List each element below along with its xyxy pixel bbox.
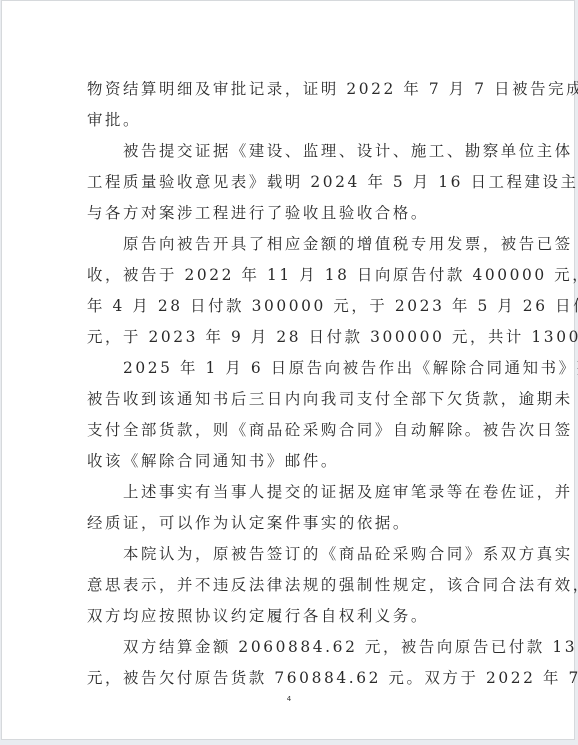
- paragraph-court-opinion: 本院认为，原被告签订的《商品砼采购合同》系双方真实 意思表示，并不违反法律法规的…: [87, 539, 492, 632]
- text-line: 元，于 2023 年 9 月 28 日付款 300000 元，共计 130000…: [87, 322, 492, 353]
- paragraph-facts-evidence: 上述事实有当事人提交的证据及庭审笔录等在卷佐证，并 经质证，可以作为认定案件事实…: [87, 477, 492, 539]
- text-line: 收该《解除合同通知书》邮件。: [87, 446, 492, 477]
- paragraph-acceptance-evidence: 被告提交证据《建设、监理、设计、施工、勘察单位主体 工程质量验收意见表》载明 2…: [87, 136, 492, 229]
- paragraph-termination-notice: 2025 年 1 月 6 日原告向被告作出《解除合同通知书》要求 被告收到该通知…: [87, 353, 492, 477]
- text-line: 审批。: [87, 105, 492, 136]
- text-line: 上述事实有当事人提交的证据及庭审笔录等在卷佐证，并: [87, 477, 492, 508]
- text-line: 元，被告欠付原告货款 760884.62 元。双方于 2022 年 7 月 7: [87, 663, 492, 694]
- text-line: 2025 年 1 月 6 日原告向被告作出《解除合同通知书》要求: [87, 353, 492, 384]
- text-line: 意思表示，并不违反法律法规的强制性规定，该合同合法有效，: [87, 570, 492, 601]
- document-page: 物资结算明细及审批记录，证明 2022 年 7 月 7 日被告完成结算 审批。 …: [1, 0, 575, 740]
- document-body: 物资结算明细及审批记录，证明 2022 年 7 月 7 日被告完成结算 审批。 …: [87, 74, 492, 694]
- text-line: 与各方对案涉工程进行了验收且验收合格。: [87, 198, 492, 229]
- text-line: 被告收到该通知书后三日内向我司支付全部下欠货款，逾期未: [87, 384, 492, 415]
- paragraph-settlement-amount: 双方结算金额 2060884.62 元，被告向原告已付款 1300000 元，被…: [87, 632, 492, 694]
- text-line: 收，被告于 2022 年 11 月 18 日向原告付款 400000 元，于 2…: [87, 260, 492, 291]
- text-line: 工程质量验收意见表》载明 2024 年 5 月 16 日工程建设主体参: [87, 167, 492, 198]
- text-line: 被告提交证据《建设、监理、设计、施工、勘察单位主体: [87, 136, 492, 167]
- text-line: 本院认为，原被告签订的《商品砼采购合同》系双方真实: [87, 539, 492, 570]
- text-line: 经质证，可以作为认定案件事实的依据。: [87, 508, 492, 539]
- text-line: 双方结算金额 2060884.62 元，被告向原告已付款 1300000: [87, 632, 492, 663]
- paragraph-settlement-approval: 物资结算明细及审批记录，证明 2022 年 7 月 7 日被告完成结算 审批。: [87, 74, 492, 136]
- text-line: 支付全部货款，则《商品砼采购合同》自动解除。被告次日签: [87, 415, 492, 446]
- text-line: 物资结算明细及审批记录，证明 2022 年 7 月 7 日被告完成结算: [87, 74, 492, 105]
- text-line: 原告向被告开具了相应金额的增值税专用发票，被告已签: [87, 229, 492, 260]
- text-line: 双方均应按照协议约定履行各自权利义务。: [87, 601, 492, 632]
- page-number: 4: [2, 695, 576, 703]
- text-line: 年 4 月 28 日付款 300000 元，于 2023 年 5 月 26 日付…: [87, 291, 492, 322]
- paragraph-payments: 原告向被告开具了相应金额的增值税专用发票，被告已签 收，被告于 2022 年 1…: [87, 229, 492, 353]
